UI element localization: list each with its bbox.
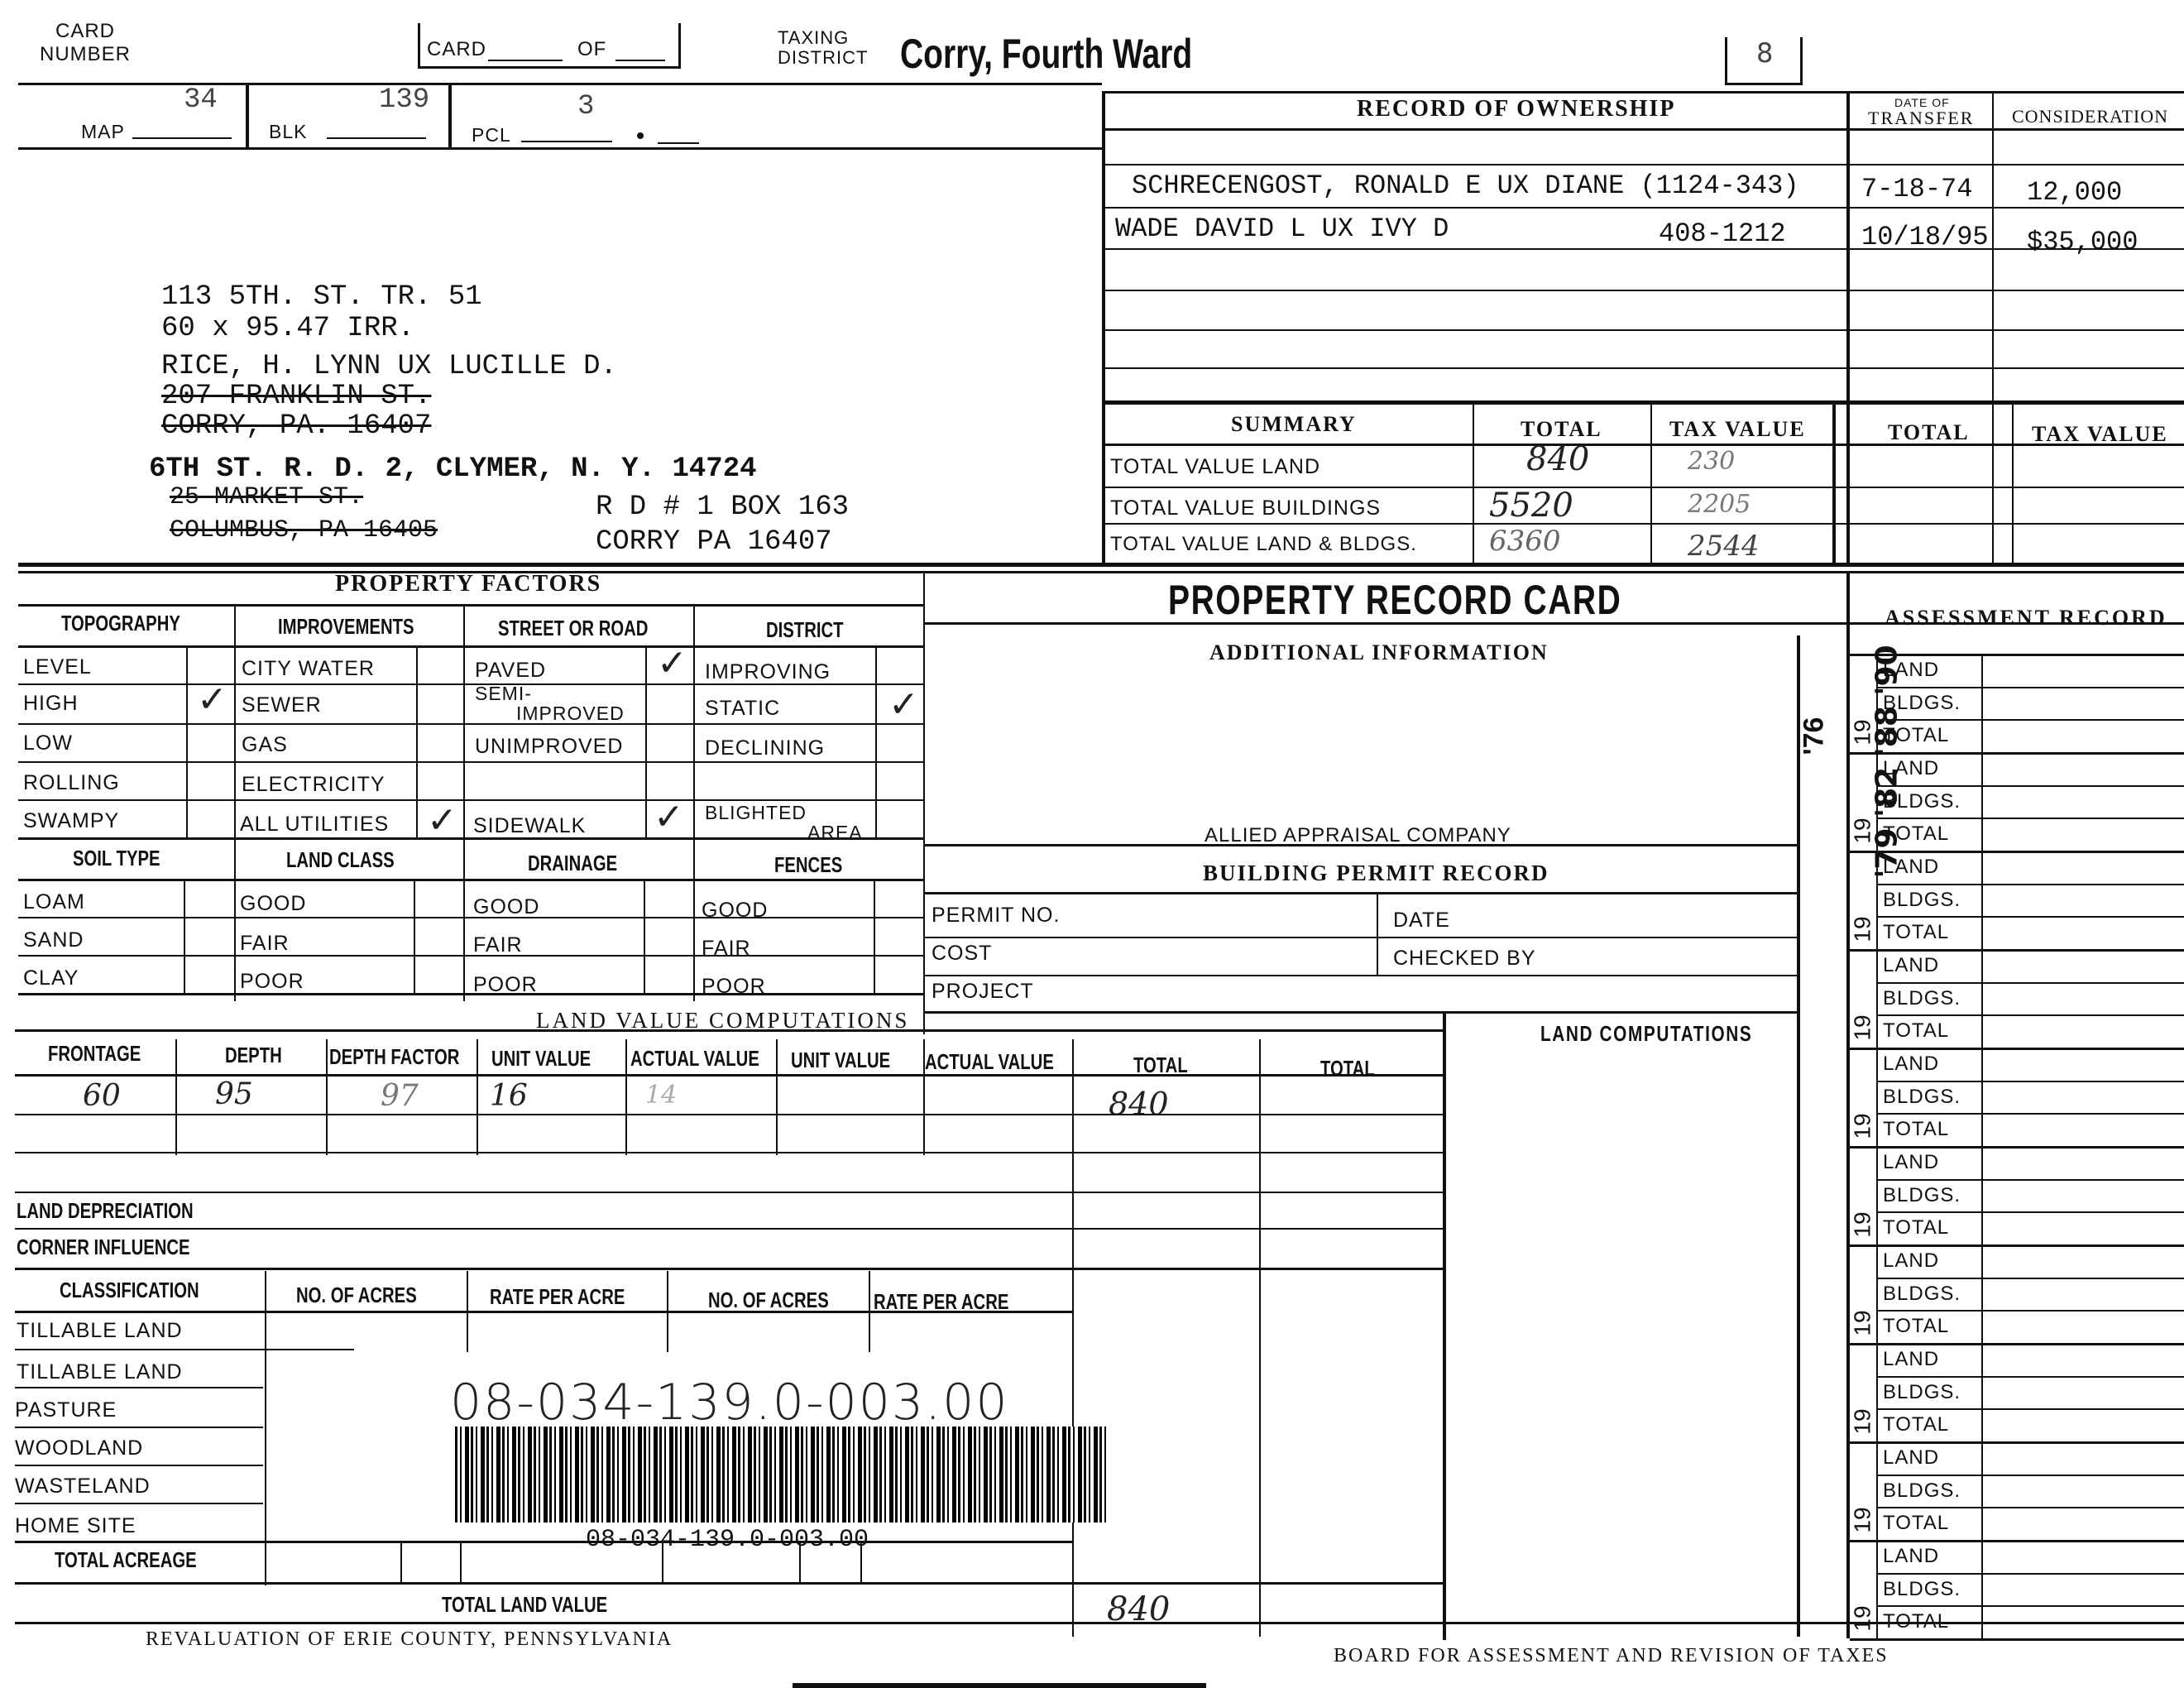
pcl-value: 3 [577,91,594,122]
class-woodland: WOODLAND [15,1436,143,1460]
address-line: RICE, H. LYNN UX LUCILLE D. [161,351,617,382]
assessment-row-label: TOTAL [1883,1512,1949,1535]
factor-improving: IMPROVING [705,660,831,684]
fences-poor: POOR [702,975,766,999]
assessment-row-label: LAND [1883,1545,1939,1568]
footer-right: BOARD FOR ASSESSMENT AND REVISION OF TAX… [1334,1645,1889,1667]
assessment-row-label: TOTAL [1883,1216,1949,1240]
acres-header-2: NO. OF ACRES [708,1288,829,1313]
address-line-struck: CORRY, PA. 16407 [161,410,431,442]
soil-type-header: SOIL TYPE [73,846,160,871]
map-value: 34 [184,84,218,116]
owner-name: WADE DAVID L UX IVY D [1115,213,1449,244]
pcl-label: PCL [472,124,511,146]
checkmark-icon: ✓ [197,679,227,721]
factor-all-utilities: ALL UTILITIES [240,813,389,837]
assessment-row-label: BLDGS. [1883,1479,1961,1503]
current-address-line-1: R D # 1 BOX 163 [596,492,849,523]
parcel-divider [246,83,249,149]
ownership-title: RECORD OF OWNERSHIP [1357,96,1675,122]
barcode-icon [455,1427,1109,1523]
assessment-row-label: BLDGS. [1883,790,1961,813]
address-line-struck: COLUMBUS, PA 16405 [170,516,438,544]
lv-depth-value: 95 [215,1077,253,1111]
assessment-row-label: LAND [1883,1249,1939,1273]
card-number-label: CARD NUMBER [40,20,131,66]
lv-header-unit-value-2: UNIT VALUE [791,1048,890,1073]
factor-declining: DECLINING [705,736,825,760]
assessment-row-label: LAND [1883,856,1939,879]
permit-checked-by-label: CHECKED BY [1393,947,1536,971]
summary-total-land: 840 [1526,440,1589,478]
checkmark-icon: ✓ [654,796,684,838]
factor-level: LEVEL [23,655,92,679]
lv-total-value: 840 [1109,1086,1169,1122]
barcode-printed-id: 08-034-139.0-003.00 [586,1526,869,1554]
assessment-row-label: TOTAL [1883,1315,1949,1338]
assessment-row-label: TOTAL [1883,822,1949,846]
assessment-row-label: TOTAL [1883,1019,1949,1043]
corner-influence-label: CORNER INFLUENCE [17,1235,190,1260]
factor-electricity: ELECTRICITY [242,773,386,797]
address-line-struck: 25 MARKET ST. [170,483,363,511]
drainage-good: GOOD [473,895,539,919]
assessment-year-prefix: 19 [1850,1211,1876,1237]
assessment-row-label: BLDGS. [1883,1578,1961,1601]
factor-semi-improved: SEMI-IMPROVED [475,683,625,723]
transfer-label: TRANSFER [1868,108,1974,129]
address-line: 60 x 95.47 IRR. [161,313,414,344]
box-number: 8 [1725,37,1803,85]
side-year-76: '76 [1798,717,1830,755]
lv-unit-value: 16 [490,1079,528,1113]
soil-loam: LOAM [23,890,85,914]
factor-paved: PAVED [475,659,546,683]
district-header: DISTRICT [766,617,844,643]
assessment-row-label: LAND [1883,659,1939,682]
lv-actual-value: 14 [645,1081,677,1110]
fences-header: FENCES [774,852,842,878]
additional-info-title: ADDITIONAL INFORMATION [1209,640,1549,665]
assessment-year-prefix: 19 [1850,1408,1876,1434]
lv-header-depth: DEPTH [225,1043,282,1068]
factor-sidewalk: SIDEWALK [473,814,586,838]
summary-col-tax: TAX VALUE [1669,417,1806,442]
factor-swampy: SWAMPY [23,809,119,833]
summary-title: SUMMARY [1231,412,1357,437]
summary-row-label: TOTAL VALUE LAND [1110,455,1320,479]
barcode-handwritten-id: 08-034-139.0-003.00 [450,1374,1009,1431]
land-class-header: LAND CLASS [286,847,395,873]
factor-rolling: ROLLING [23,771,120,795]
summary-row-label: TOTAL VALUE BUILDINGS [1110,496,1381,520]
assessment-row-label: BLDGS. [1883,1086,1961,1109]
blk-value: 139 [379,84,429,116]
assessment-row-label: LAND [1883,757,1939,780]
permit-date-label: DATE [1393,909,1450,933]
summary-row-label: TOTAL VALUE LAND & BLDGS. [1110,533,1417,556]
factor-gas: GAS [242,733,288,757]
assessment-row-label: BLDGS. [1883,889,1961,912]
permit-project-label: PROJECT [932,980,1034,1004]
assessment-row-label: BLDGS. [1883,1283,1961,1306]
assessment-row-label: TOTAL [1883,1413,1949,1436]
classification-header: CLASSIFICATION [60,1278,199,1303]
transfer-date: 7-18-74 [1861,174,1972,204]
property-factors-title: PROPERTY FACTORS [335,571,601,597]
factor-high: HIGH [23,692,79,716]
total-land-value-label: TOTAL LAND VALUE [442,1592,607,1618]
assessment-row-label: LAND [1883,1348,1939,1371]
fences-fair: FAIR [702,937,751,961]
taxing-district: Corry, Fourth Ward [900,30,1192,78]
drainage-poor: POOR [473,973,538,997]
assessment-row-label: BLDGS. [1883,987,1961,1010]
assessment-row-label: BLDGS. [1883,692,1961,715]
class-wasteland: WASTELAND [15,1475,151,1499]
summary-total-buildings: 5520 [1489,487,1573,525]
assessment-row-label: LAND [1883,954,1939,977]
assessment-row-label: TOTAL [1883,1118,1949,1141]
building-permit-title: BUILDING PERMIT RECORD [1203,861,1549,886]
card-of-box: CARD OF [418,23,681,69]
factor-unimproved: UNIMPROVED [475,735,623,759]
summary-tax-land-bldgs: 2544 [1688,530,1760,563]
assessment-year-prefix: 19 [1850,818,1876,843]
permit-no-label: PERMIT NO. [932,904,1060,928]
assessment-title: ASSESSMENT RECORD [1885,606,2167,631]
factor-blighted-area: BLIGHTEDAREA [705,803,863,842]
class-tillable-land-2: TILLABLE LAND [17,1360,183,1384]
factor-sewer: SEWER [242,693,322,717]
owner-name: SCHRECENGOST, RONALD E UX DIANE (1124-34… [1132,170,1799,201]
assessment-year-prefix: 19 [1850,1310,1876,1336]
footer-left: REVALUATION OF ERIE COUNTY, PENNSYLVANIA [146,1628,673,1651]
assessment-row-label: BLDGS. [1883,1184,1961,1207]
assessment-row-label: BLDGS. [1883,1381,1961,1404]
summary-tax-buildings: 2205 [1688,490,1751,519]
class-pasture: PASTURE [15,1398,117,1422]
address-line-struck: 207 FRANKLIN ST. [161,381,431,412]
assessment-year-prefix: 19 [1850,1605,1876,1631]
land-class-fair: FAIR [240,932,290,956]
card-title: PROPERTY RECORD CARD [1168,576,1621,624]
assessment-year-prefix: 19 [1850,916,1876,942]
rate-header: RATE PER ACRE [490,1284,625,1310]
card-label: CARD [427,38,486,61]
summary-col-total: TOTAL [1521,417,1602,442]
summary-total-land-bldgs: 6360 [1489,525,1561,558]
lv-frontage-value: 60 [83,1079,121,1113]
assessment-row-label: LAND [1883,1053,1939,1076]
checkmark-icon: ✓ [657,642,687,684]
factor-static: STATIC [705,697,780,721]
assessment-row-label: LAND [1883,1151,1939,1174]
class-home-site: HOME SITE [15,1514,136,1538]
lv-header-depth-factor: DEPTH FACTOR [329,1044,459,1070]
assessment-row-label: TOTAL [1883,921,1949,944]
street-road-header: STREET OR ROAD [498,616,648,641]
topography-header: TOPOGRAPHY [61,611,180,636]
assessment-year-prefix: 19 [1850,1113,1876,1139]
fences-good: GOOD [702,899,768,923]
consideration: $35,000 [2027,227,2138,257]
assessment-row-label: TOTAL [1883,724,1949,747]
checkmark-icon: ✓ [427,799,457,842]
improvements-header: IMPROVEMENTS [278,614,414,640]
summary-tax-land: 230 [1688,447,1735,476]
lv-header-actual-value: ACTUAL VALUE [630,1046,759,1072]
land-computations-title: LAND COMPUTATIONS [1540,1021,1752,1047]
assessment-row-label: LAND [1883,1446,1939,1470]
address-line: 6TH ST. R. D. 2, CLYMER, N. Y. 14724 [149,453,757,485]
total-acreage-label: TOTAL ACREAGE [55,1547,197,1573]
land-depreciation-label: LAND DEPRECIATION [17,1198,194,1224]
drainage-fair: FAIR [473,933,523,957]
address-line: 113 5TH. ST. TR. 51 [161,281,482,313]
assessment-year-prefix: 19 [1850,719,1876,745]
deed-reference: 408-1212 [1659,218,1786,249]
land-class-poor: POOR [240,970,304,994]
factor-low: LOW [23,731,73,755]
assessment-year-prefix: 19 [1850,1507,1876,1532]
soil-clay: CLAY [23,966,79,990]
lv-depth-factor-value: 97 [381,1079,419,1113]
transfer-date: 10/18/95 [1861,222,1989,252]
permit-cost-label: COST [932,942,992,966]
assessment-year-prefix: 19 [1850,1014,1876,1040]
lv-header-actual-value-2: ACTUAL VALUE [925,1049,1054,1075]
of-label: OF [577,38,606,61]
lv-header-unit-value: UNIT VALUE [491,1046,591,1072]
drainage-header: DRAINAGE [528,851,617,876]
consideration: 12,000 [2027,177,2122,208]
factor-city-water: CITY WATER [242,657,375,681]
lv-header-frontage: FRONTAGE [48,1041,141,1067]
map-label: MAP [81,121,125,143]
lv-header-total-2: TOTAL [1320,1056,1375,1081]
class-tillable-land: TILLABLE LAND [17,1319,183,1343]
summary-col-total2: TOTAL [1888,420,1970,445]
consideration-label: CONSIDERATION [2012,106,2168,127]
land-class-good: GOOD [240,892,306,916]
checkmark-icon: ✓ [888,683,919,726]
current-address-line-2: CORRY PA 16407 [596,526,832,558]
acres-header: NO. OF ACRES [296,1283,417,1308]
taxing-label: TAXINGDISTRICT [778,28,868,68]
soil-sand: SAND [23,928,84,952]
blk-label: BLK [269,121,307,143]
